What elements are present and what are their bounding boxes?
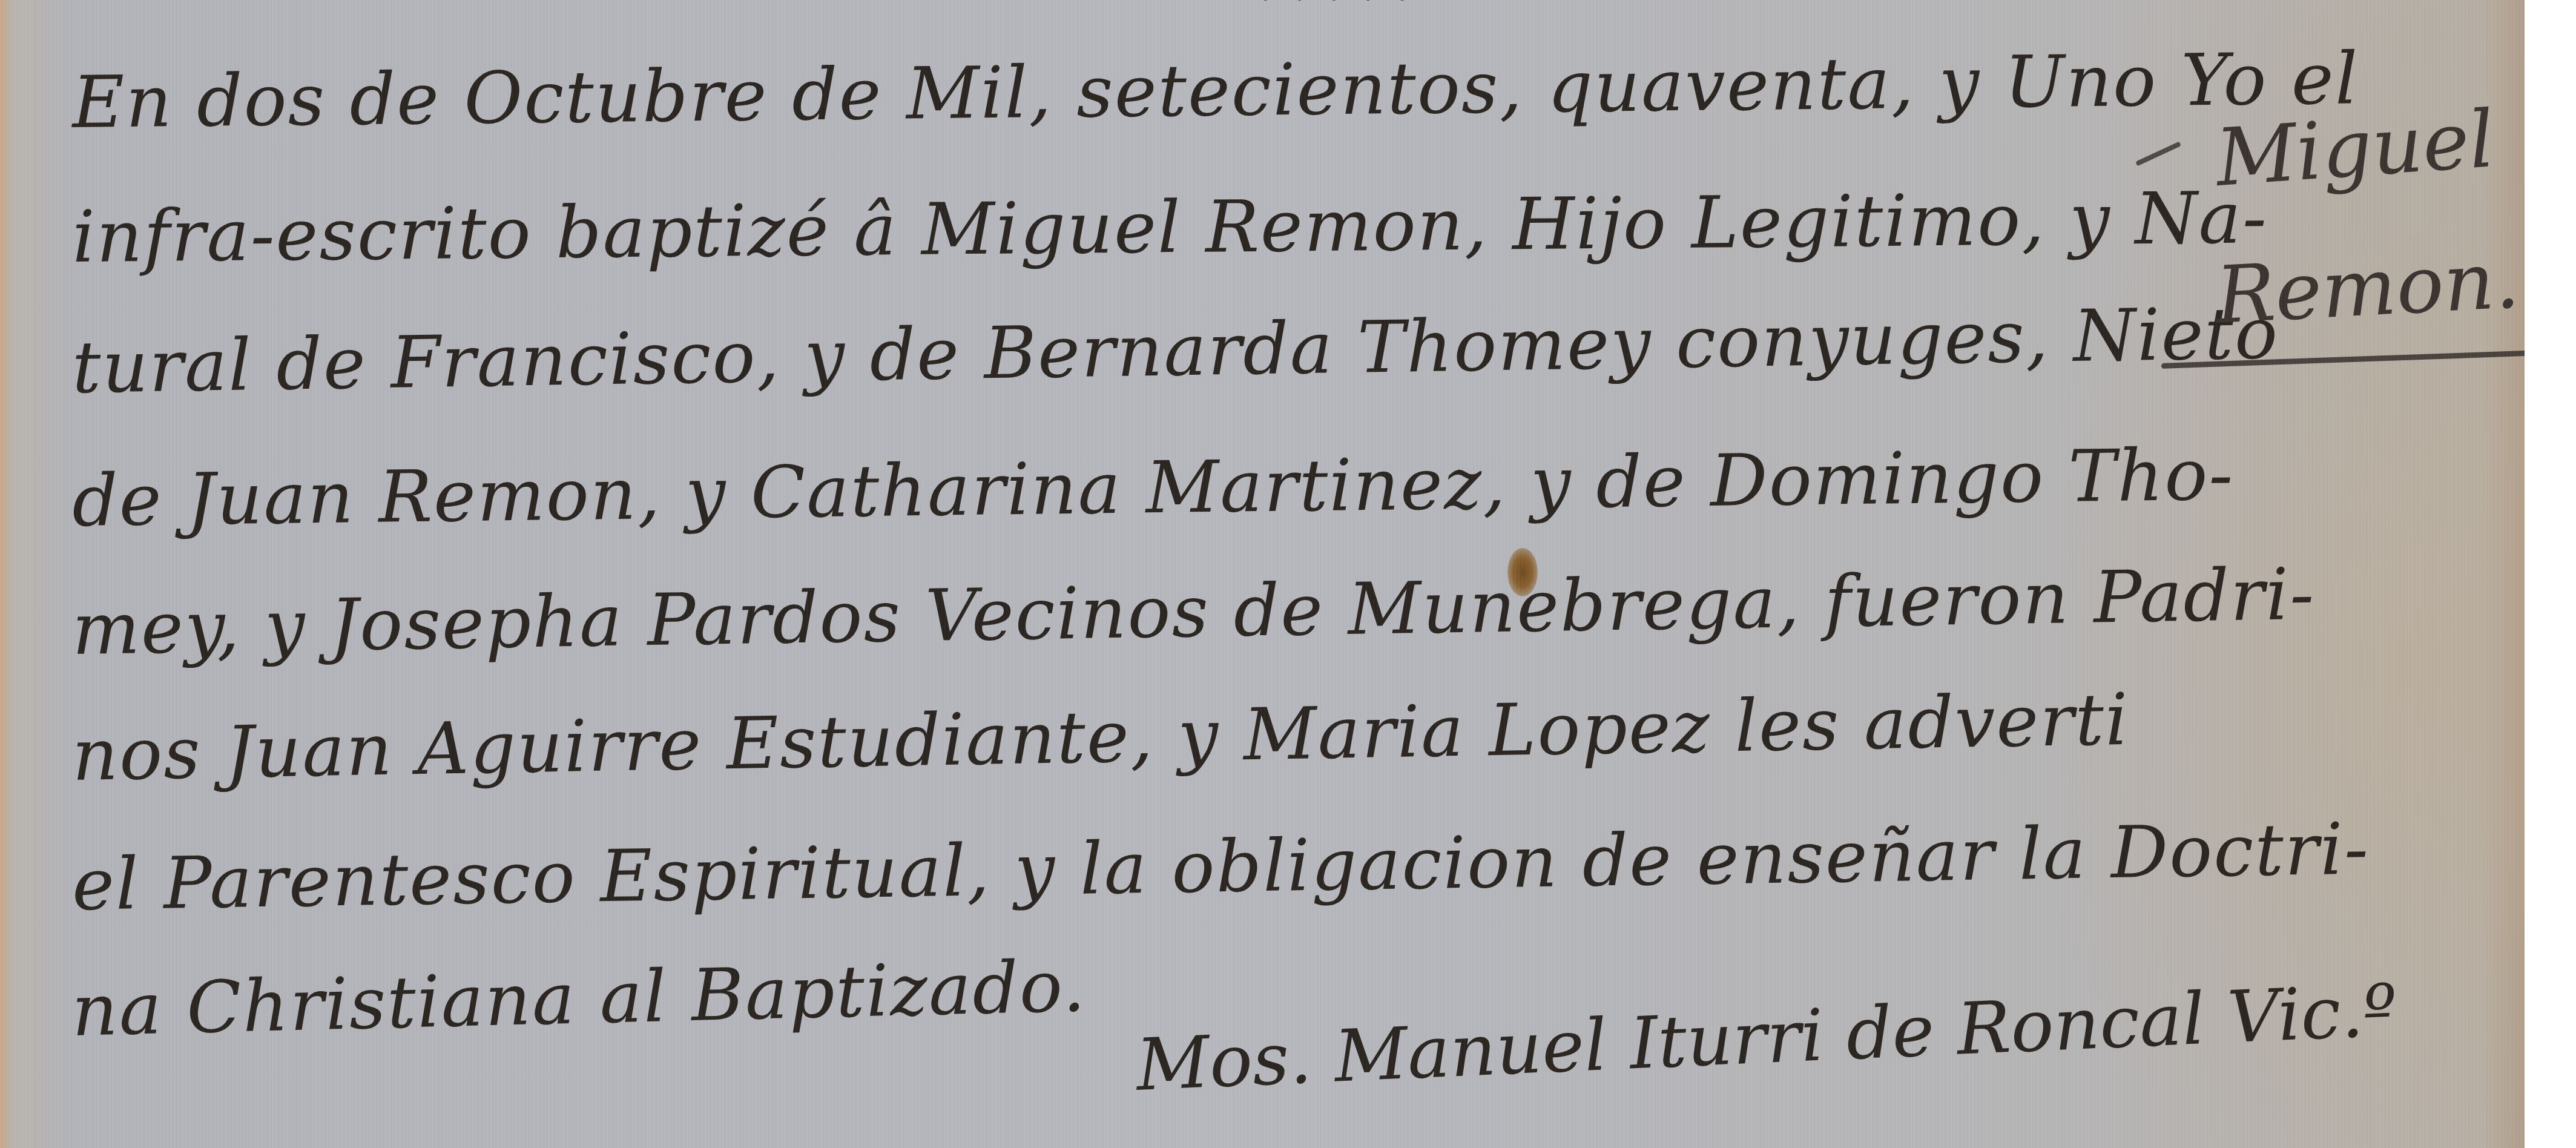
manuscript-page: · · · · · En dos de Octubre de Mil, sete… (0, 0, 2525, 1148)
ink-stain (1507, 548, 1538, 596)
margin-note-surname: Remon. (2214, 240, 2522, 335)
record-line-6: nos Juan Aguirre Estudiante, y Maria Lop… (71, 684, 2130, 791)
top-text-fragment: · · · · · (1259, 0, 1413, 23)
record-line-3: tural de Francisco, y de Bernarda Thomey… (71, 297, 2279, 403)
record-line-4: de Juan Remon, y Catharina Martinez, y d… (72, 438, 2235, 536)
scan-border (2525, 0, 2576, 1148)
margin-note-given-name: Miguel (2213, 99, 2497, 197)
margin-pointer-stroke (2135, 141, 2181, 166)
record-line-5: mey, y Josepha Pardos Vecinos de Munebre… (71, 558, 2316, 665)
record-line-2: infra-escrito baptizé â Miguel Remon, Hi… (72, 182, 2268, 272)
record-line-1: En dos de Octubre de Mil, setecientos, q… (72, 42, 2359, 138)
record-line-7: el Parentesco Espiritual, y la obligacio… (71, 813, 2370, 920)
priest-signature: Mos. Manuel Iturri de Roncal Vic.º (1135, 968, 2399, 1107)
record-line-8: na Christiana al Baptizado. (71, 950, 1087, 1046)
